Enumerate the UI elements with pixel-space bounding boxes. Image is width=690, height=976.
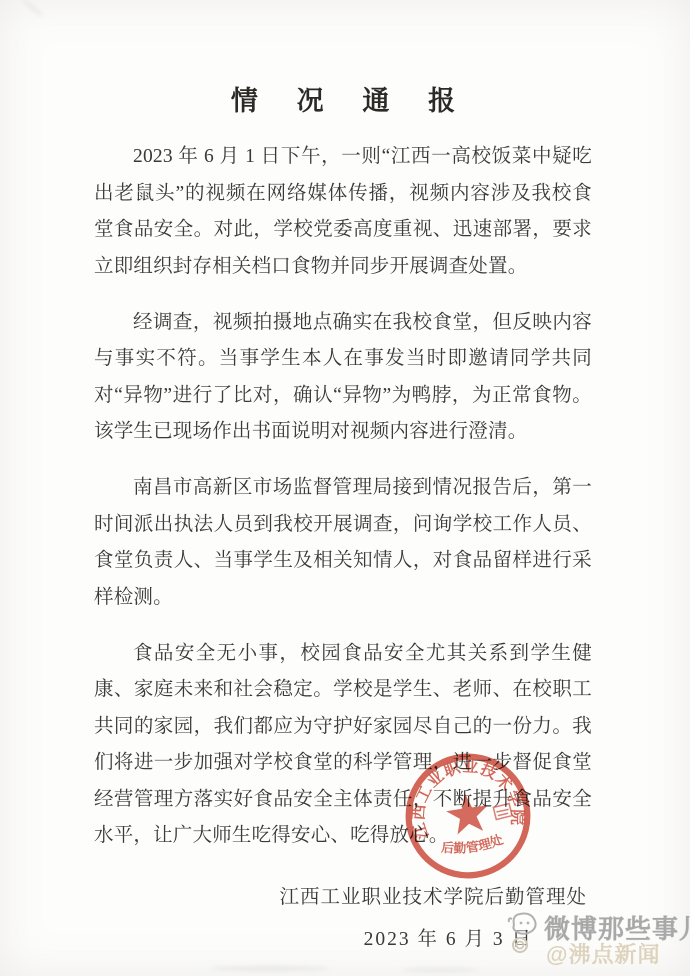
document-body: 2023 年 6 月 1 日下午，一则“江西一高校饭菜中疑吃出老鼠头”的视频在网… <box>94 139 592 855</box>
scanned-notice-page: 情 况 通 报 2023 年 6 月 1 日下午，一则“江西一高校饭菜中疑吃出老… <box>0 0 690 976</box>
document-content: 情 况 通 报 2023 年 6 月 1 日下午，一则“江西一高校饭菜中疑吃出老… <box>94 0 592 961</box>
scan-artifact <box>22 0 44 18</box>
watermark-group: @沸点新闻 微博那些事儿 <box>504 905 684 971</box>
weibo-mascot-icon <box>504 907 544 955</box>
paragraph: 2023 年 6 月 1 日下午，一则“江西一高校饭菜中疑吃出老鼠头”的视频在网… <box>94 139 592 285</box>
paragraph: 南昌市高新区市场监督管理局接到情况报告后，第一时间派出执法人员到我校开展调查，问… <box>94 470 592 616</box>
paragraph: 食品安全无小事，校园食品安全尤其关系到学生健康、家庭未来和社会稳定。学校是学生、… <box>94 636 592 855</box>
weibo-watermark-label: 微博那些事儿 <box>544 909 690 946</box>
document-title: 情 况 通 报 <box>110 79 592 118</box>
paragraph: 经调查，视频拍摄地点确实在我校食堂，但反映内容与事实不符。当事学生本人在事发当时… <box>94 305 592 451</box>
scan-artifact <box>210 966 330 971</box>
scan-artifact <box>400 968 480 972</box>
